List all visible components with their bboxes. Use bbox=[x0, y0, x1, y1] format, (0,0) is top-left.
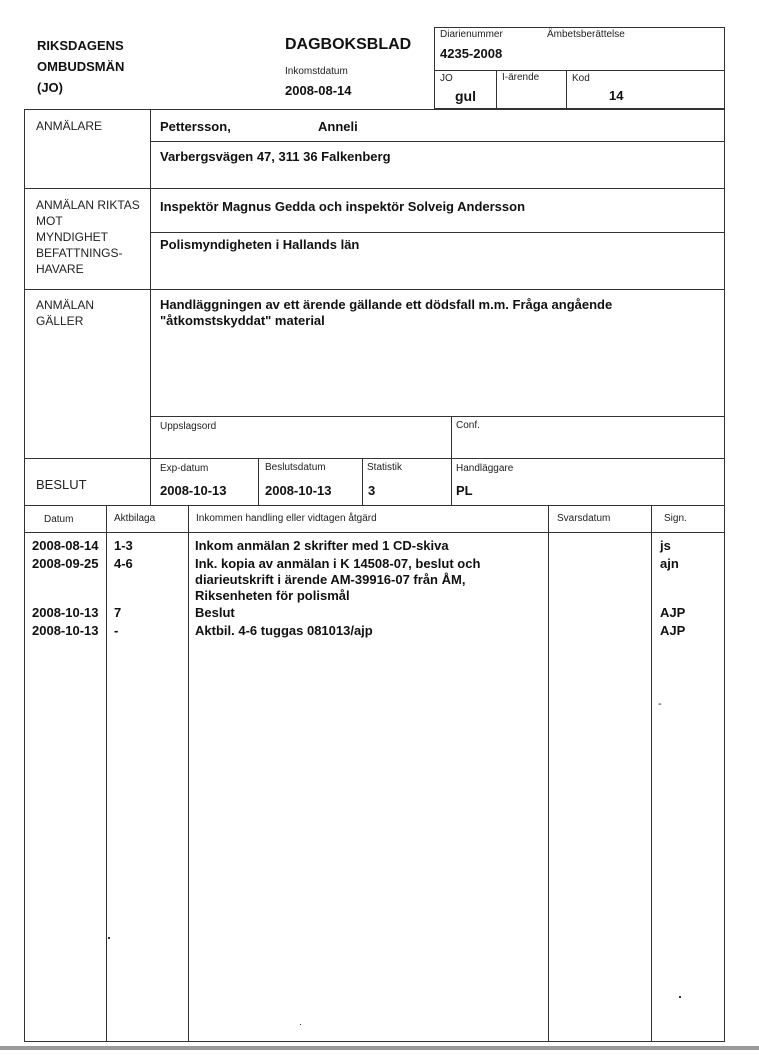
cell-sign: ajn bbox=[660, 556, 679, 572]
scan-edge bbox=[0, 1046, 759, 1050]
galler-label: ANMÄLAN GÄLLER bbox=[36, 297, 94, 329]
anmalare-surname: Pettersson, bbox=[160, 119, 231, 134]
organization-name: RIKSDAGENS OMBUDSMÄN (JO) bbox=[37, 35, 124, 98]
anmalare-address: Varbergsvägen 47, 311 36 Falkenberg bbox=[160, 149, 391, 164]
cell-sign: AJP bbox=[660, 605, 685, 621]
column-header-atgard: Inkommen handling eller vidtagen åtgärd bbox=[196, 513, 377, 524]
anmalare-label: ANMÄLARE bbox=[36, 118, 102, 134]
label-line: MYNDIGHET bbox=[36, 229, 140, 245]
cell-sign: AJP bbox=[660, 623, 685, 639]
kod-label: Kod bbox=[572, 73, 590, 84]
atgard-line: Riksenheten för polismål bbox=[195, 588, 480, 604]
cell-datum: 2008-09-25 bbox=[32, 556, 99, 572]
exp-datum-label: Exp-datum bbox=[160, 463, 208, 474]
column-header-aktbilaga: Aktbilaga bbox=[114, 513, 155, 524]
galler-text: Handläggningen av ett ärende gällande et… bbox=[160, 297, 612, 329]
label-line: ANMÄLAN bbox=[36, 297, 94, 313]
exp-datum-value: 2008-10-13 bbox=[160, 483, 227, 498]
organization-line: RIKSDAGENS bbox=[37, 35, 124, 56]
atgard-line: diarieutskrift i ärende AM-39916-07 från… bbox=[195, 572, 480, 588]
beslutsdatum-value: 2008-10-13 bbox=[265, 483, 332, 498]
label-line: GÄLLER bbox=[36, 313, 94, 329]
column-header-svarsdatum: Svarsdatum bbox=[557, 513, 610, 524]
label-line: HAVARE bbox=[36, 261, 140, 277]
jo-label: JO bbox=[440, 73, 453, 84]
i-arende-label: I-ärende bbox=[502, 72, 539, 83]
stray-mark: - bbox=[658, 698, 662, 710]
text-line: "åtkomstskyddat" material bbox=[160, 313, 612, 329]
beslut-label: BESLUT bbox=[36, 477, 87, 493]
uppslagsord-label: Uppslagsord bbox=[160, 421, 216, 432]
atgard-line: Ink. kopia av anmälan i K 14508-07, besl… bbox=[195, 556, 480, 572]
conf-label: Conf. bbox=[456, 420, 480, 431]
scan-speck bbox=[300, 1024, 301, 1025]
inkomstdatum-value: 2008-08-14 bbox=[285, 83, 352, 98]
label-line: BEFATTNINGS- bbox=[36, 245, 140, 261]
riktas-mot-label: ANMÄLAN RIKTAS MOT MYNDIGHET BEFATTNINGS… bbox=[36, 197, 140, 277]
cell-datum: 2008-08-14 bbox=[32, 538, 99, 554]
anmalare-firstname: Anneli bbox=[318, 119, 358, 134]
label-line: ANMÄLAN RIKTAS bbox=[36, 197, 140, 213]
cell-aktbilaga: 7 bbox=[114, 605, 121, 621]
cell-aktbilaga: 1-3 bbox=[114, 538, 133, 554]
diarienummer-value: 4235-2008 bbox=[440, 46, 502, 61]
cell-aktbilaga: - bbox=[114, 623, 118, 639]
cell-atgard: Inkom anmälan 2 skrifter med 1 CD-skiva bbox=[195, 538, 449, 554]
scan-speck bbox=[679, 996, 681, 998]
ambetsberattelse-label: Ämbetsberättelse bbox=[547, 29, 625, 40]
inkomstdatum-label: Inkomstdatum bbox=[285, 66, 348, 77]
beslutsdatum-label: Beslutsdatum bbox=[265, 462, 326, 473]
cell-sign: js bbox=[660, 538, 671, 554]
statistik-label: Statistik bbox=[367, 462, 402, 473]
cell-atgard: Aktbil. 4-6 tuggas 081013/ajp bbox=[195, 623, 373, 639]
cell-atgard: Beslut bbox=[195, 605, 235, 621]
cell-atgard: Ink. kopia av anmälan i K 14508-07, besl… bbox=[195, 556, 480, 604]
kod-value: 14 bbox=[609, 88, 623, 103]
handlaggare-value: PL bbox=[456, 483, 473, 498]
organization-line: (JO) bbox=[37, 77, 124, 98]
diarienummer-label: Diarienummer bbox=[440, 29, 503, 40]
myndighet-value: Polismyndigheten i Hallands län bbox=[160, 237, 359, 252]
cell-aktbilaga: 4-6 bbox=[114, 556, 133, 572]
statistik-value: 3 bbox=[368, 483, 375, 498]
handlaggare-label: Handläggare bbox=[456, 463, 513, 474]
column-header-sign: Sign. bbox=[664, 513, 687, 524]
organization-line: OMBUDSMÄN bbox=[37, 56, 124, 77]
label-line: MOT bbox=[36, 213, 140, 229]
cell-datum: 2008-10-13 bbox=[32, 623, 99, 639]
text-line: Handläggningen av ett ärende gällande et… bbox=[160, 297, 612, 313]
cell-datum: 2008-10-13 bbox=[32, 605, 99, 621]
jo-value: gul bbox=[455, 88, 476, 104]
column-header-datum: Datum bbox=[44, 514, 73, 525]
document-title: DAGBOKSBLAD bbox=[285, 36, 411, 54]
scan-speck bbox=[108, 937, 110, 939]
befattningshavare-value: Inspektör Magnus Gedda och inspektör Sol… bbox=[160, 199, 525, 214]
